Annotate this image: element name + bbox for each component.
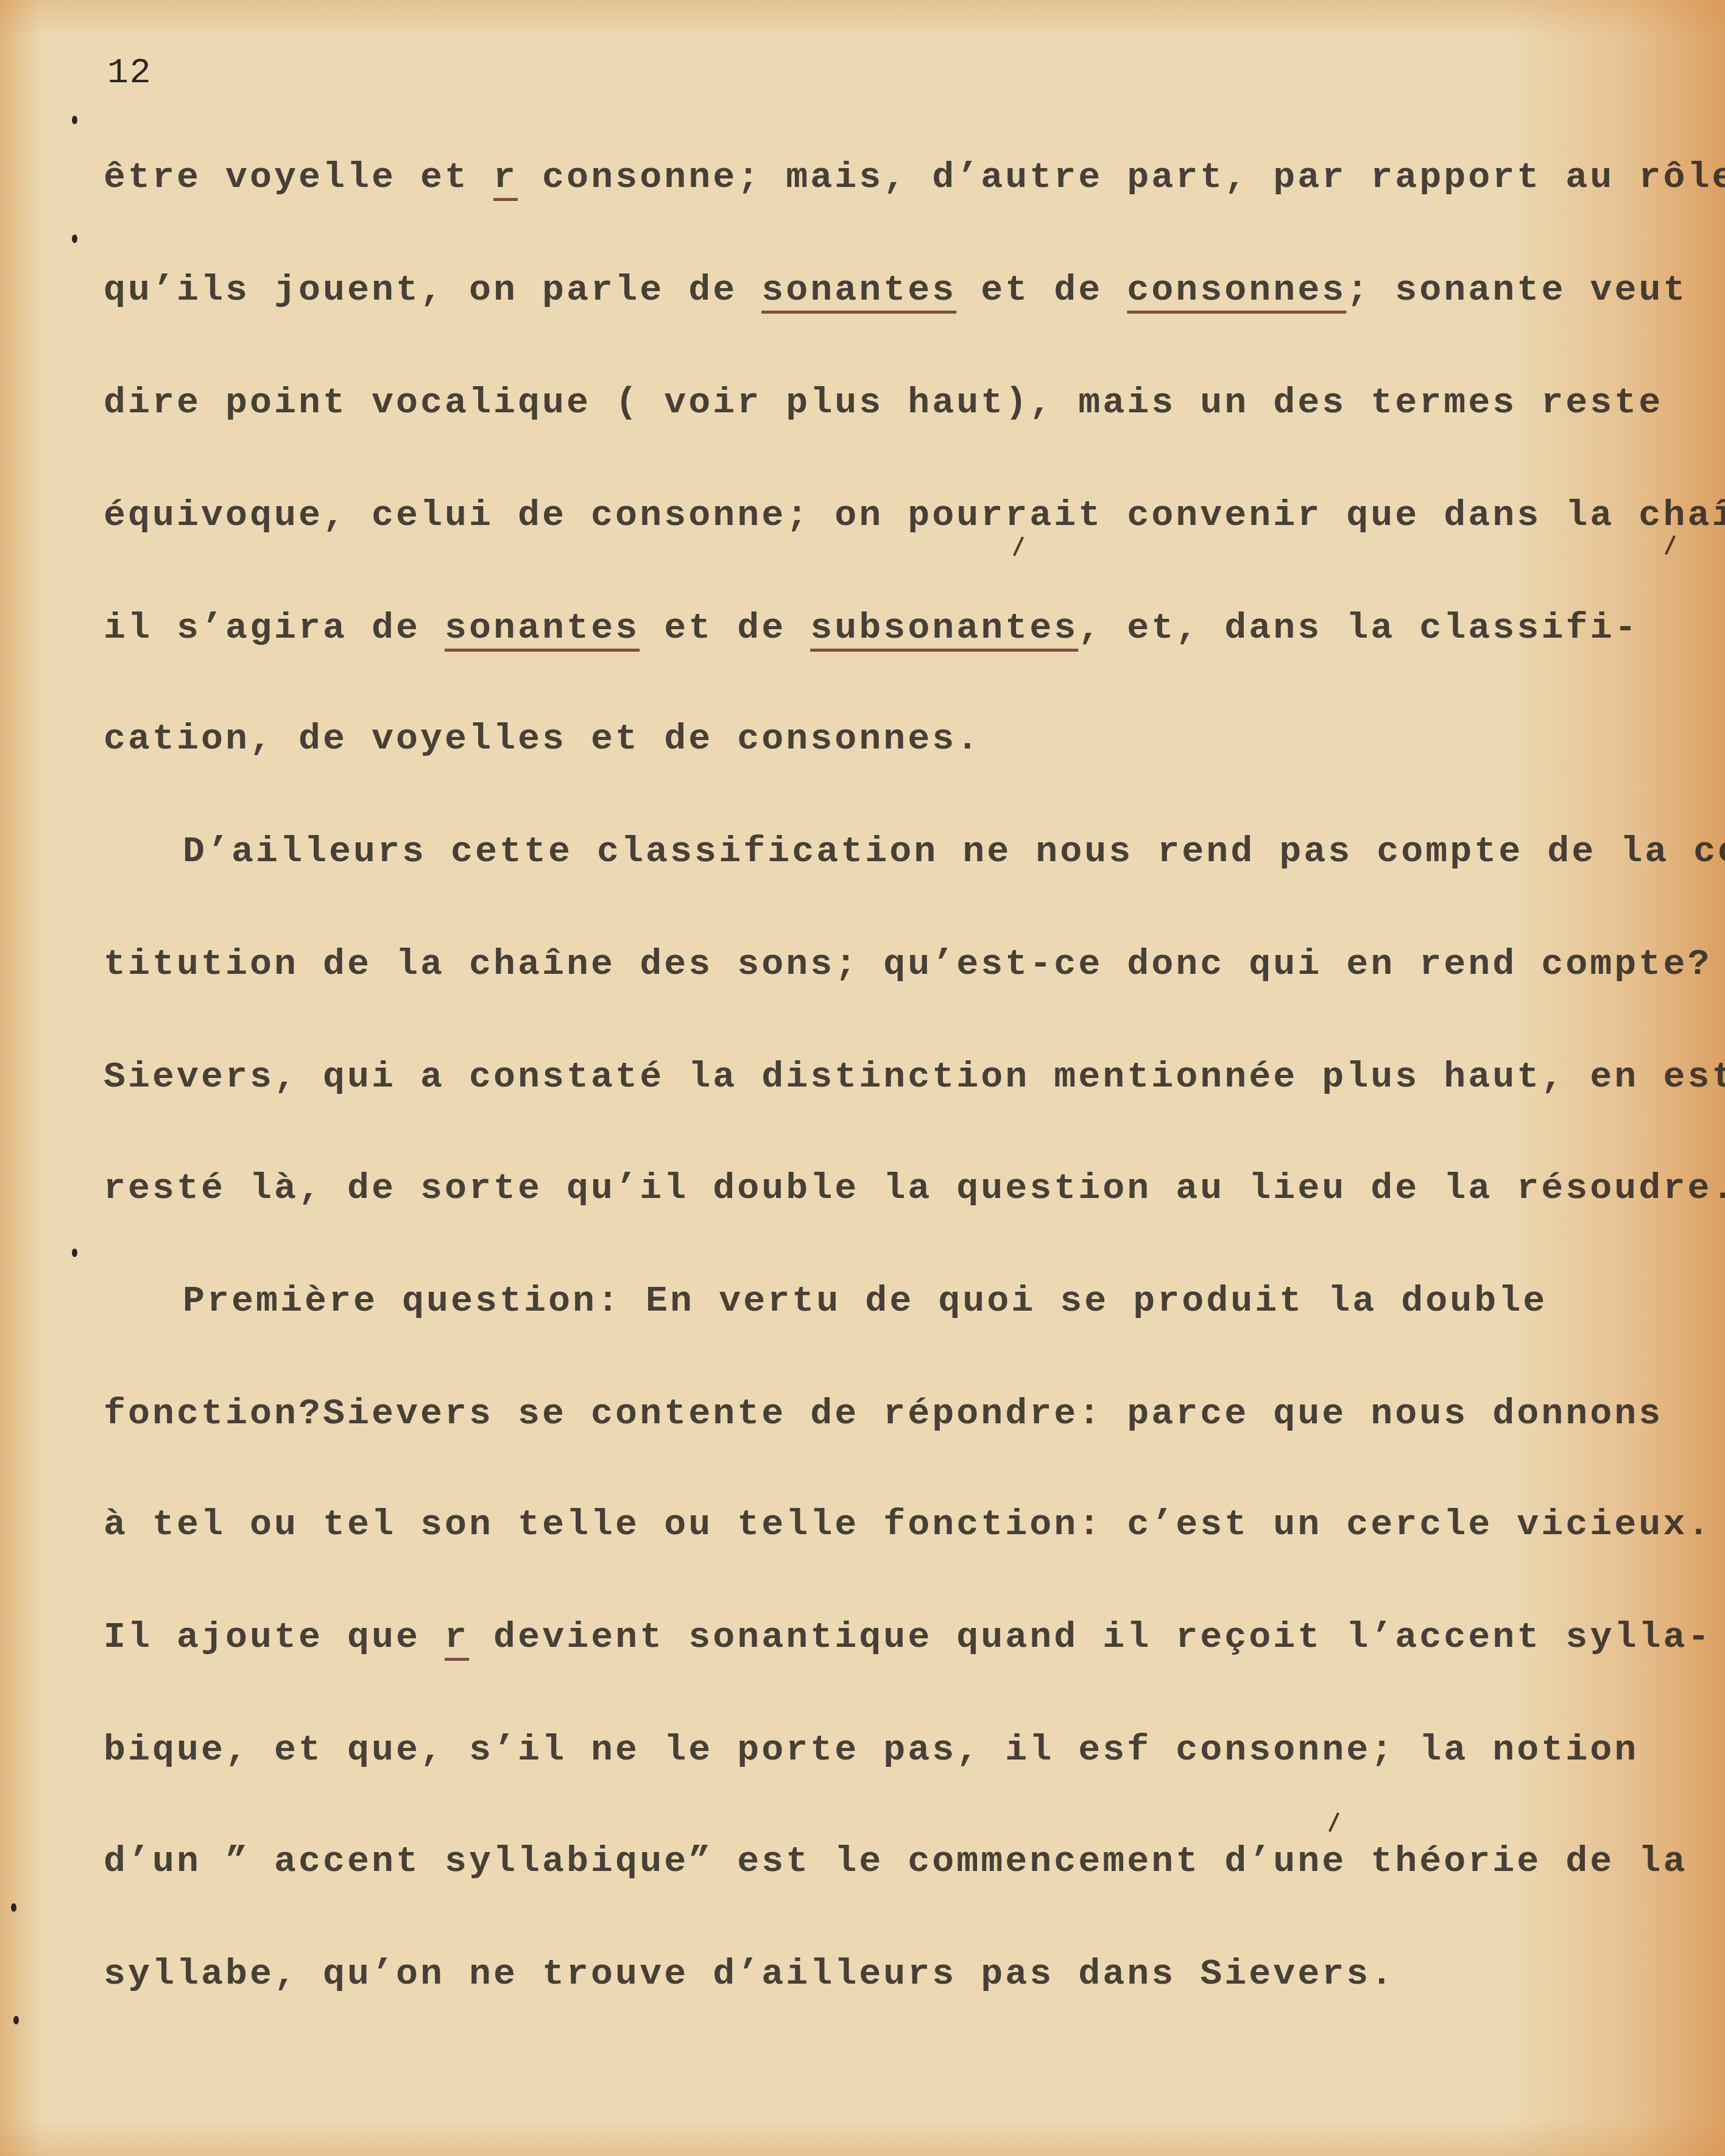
text-line: qu’ils jouent, on parle de sonantes et d… xyxy=(104,270,1687,311)
text-line: il s’agira de sonantes et de subsonantes… xyxy=(104,608,1639,649)
margin-dot xyxy=(13,2016,19,2024)
line-text: devient sonantique quand il reçoit l’acc… xyxy=(469,1617,1712,1658)
underlined-word: sonantes xyxy=(445,608,640,649)
line-text: et de xyxy=(640,608,810,649)
line-text: dire point vocalique ( voir plus haut), … xyxy=(104,382,1663,424)
underlined-word: subsonantes xyxy=(810,608,1078,649)
margin-dot xyxy=(11,1903,16,1912)
text-line: équivoque, celui de consonne; on pourrai… xyxy=(104,495,1725,537)
typewritten-page: 12 être voyelle et r consonne; mais, d’a… xyxy=(0,0,1725,2156)
line-text: Sievers, qui a constaté la distinction m… xyxy=(104,1057,1725,1098)
line-text: cation, de voyelles et de consonnes. xyxy=(104,719,981,760)
margin-dot xyxy=(72,1249,77,1257)
text-line: bique, et que, s’il ne le porte pas, il … xyxy=(104,1730,1639,1771)
underlined-word: r xyxy=(493,157,518,199)
line-text: bique, et que, s’il ne le porte pas, il … xyxy=(104,1730,1639,1771)
text-line: Il ajoute que r devient sonantique quand… xyxy=(104,1617,1712,1658)
line-text: d’un ” accent syllabique” est le commenc… xyxy=(104,1841,1687,1883)
text-line: D’ailleurs cette classification ne nous … xyxy=(183,831,1725,873)
line-text: D’ailleurs cette classification ne nous … xyxy=(183,831,1725,873)
text-line: Sievers, qui a constaté la distinction m… xyxy=(104,1057,1725,1098)
text-line: syllabe, qu’on ne trouve d’ailleurs pas … xyxy=(104,1954,1395,1995)
text-line: titution de la chaîne des sons; qu’est-c… xyxy=(104,944,1712,985)
underlined-word: consonnes xyxy=(1127,270,1346,311)
margin-dot xyxy=(72,234,77,243)
text-line: Première question: En vertu de quoi se p… xyxy=(183,1281,1547,1322)
underlined-word: r xyxy=(445,1617,469,1658)
page-number: 12 xyxy=(107,54,152,93)
line-text: et de xyxy=(956,270,1127,311)
text-line: être voyelle et r consonne; mais, d’autr… xyxy=(104,157,1725,199)
text-line: fonction?Sievers se contente de répondre… xyxy=(104,1393,1663,1435)
line-text: resté là, de sorte qu’il double la quest… xyxy=(104,1168,1725,1210)
line-text: titution de la chaîne des sons; qu’est-c… xyxy=(104,944,1712,985)
correction-mark xyxy=(1013,537,1024,557)
correction-mark xyxy=(1665,535,1676,555)
line-text: Il ajoute que xyxy=(104,1617,445,1658)
line-text: syllabe, qu’on ne trouve d’ailleurs pas … xyxy=(104,1954,1395,1995)
line-text: , et, dans la classifi- xyxy=(1078,608,1639,649)
text-line: à tel ou tel son telle ou telle fonction… xyxy=(104,1504,1712,1546)
margin-dot xyxy=(72,116,77,124)
line-text: ; sonante veut xyxy=(1346,270,1687,311)
line-text: à tel ou tel son telle ou telle fonction… xyxy=(104,1504,1712,1546)
underlined-word: sonantes xyxy=(761,270,956,311)
correction-mark xyxy=(1328,1813,1339,1833)
line-text: fonction?Sievers se contente de répondre… xyxy=(104,1393,1663,1435)
line-text: qu’ils jouent, on parle de xyxy=(104,270,761,311)
text-line: cation, de voyelles et de consonnes. xyxy=(104,719,981,760)
line-text: être voyelle et xyxy=(104,157,493,199)
text-line: d’un ” accent syllabique” est le commenc… xyxy=(104,1841,1687,1883)
line-text: consonne; mais, d’autre part, par rappor… xyxy=(518,157,1725,199)
text-line: resté là, de sorte qu’il double la quest… xyxy=(104,1168,1725,1210)
line-text: il s’agira de xyxy=(104,608,445,649)
text-line: dire point vocalique ( voir plus haut), … xyxy=(104,382,1663,424)
line-text: équivoque, celui de consonne; on pourrai… xyxy=(104,495,1725,537)
line-text: Première question: En vertu de quoi se p… xyxy=(183,1281,1547,1322)
